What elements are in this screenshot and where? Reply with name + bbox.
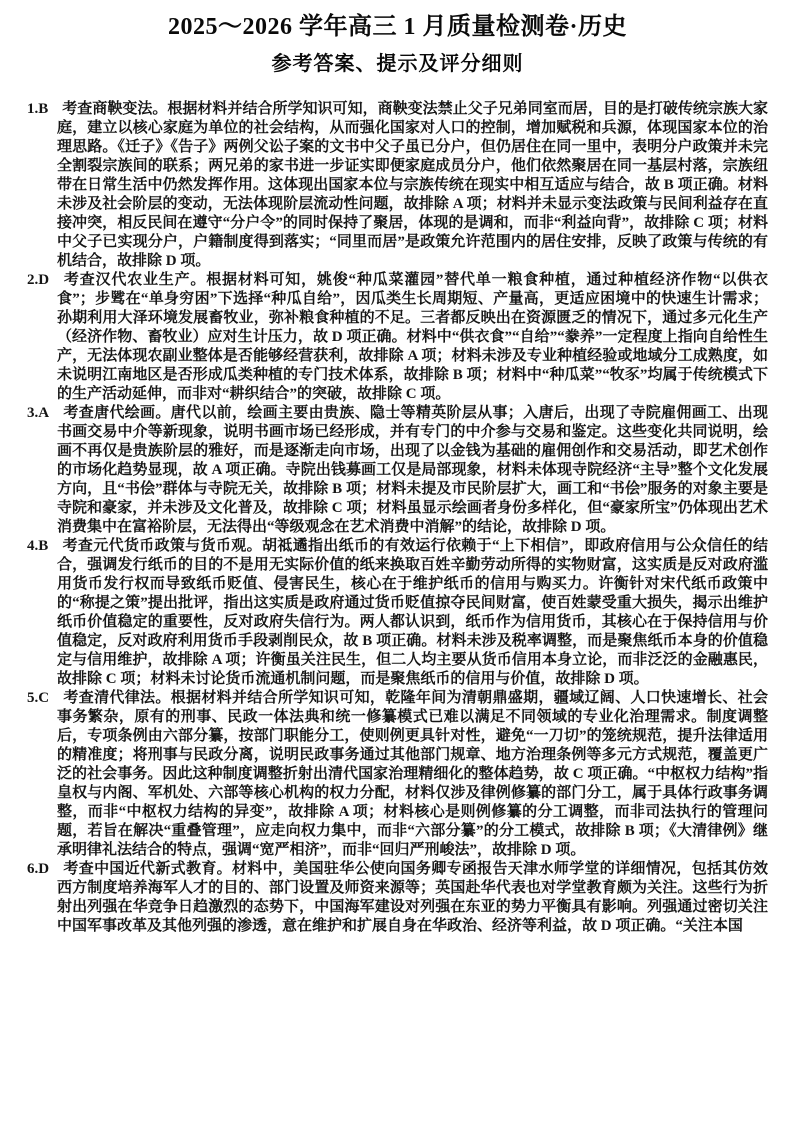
answer-choice: D xyxy=(38,272,49,288)
answer-choice: C xyxy=(38,690,49,706)
answer-explanation: 考查汉代农业生产。根据材料可知，姚俊“种瓜菜灌园”替代单一粮食种植，通过种植经济… xyxy=(57,272,768,402)
answer-choice: D xyxy=(38,861,49,877)
answer-choice: B xyxy=(38,538,48,554)
answer-explanation: 考查清代律法。根据材料并结合所学知识可知，乾隆年间为清朝鼎盛期，疆域辽阔、人口快… xyxy=(57,690,768,858)
answer-explanation: 考查商鞅变法。根据材料并结合所学知识可知，商鞅变法禁止父子兄弟同室而居，目的是打… xyxy=(57,101,768,269)
question-number: 4. xyxy=(27,538,38,554)
document-subtitle: 参考答案、提示及评分细则 xyxy=(27,47,768,76)
answer-item-5: 5.C考查清代律法。根据材料并结合所学知识可知，乾隆年间为清朝鼎盛期，疆域辽阔、… xyxy=(27,689,768,860)
answer-item-1: 1.B考查商鞅变法。根据材料并结合所学知识可知，商鞅变法禁止父子兄弟同室而居，目… xyxy=(27,100,768,271)
answer-explanation: 考查中国近代新式教育。材料中，美国驻华公使向国务卿专函报告天津水师学堂的详细情况… xyxy=(57,861,768,934)
answer-explanation: 考查唐代绘画。唐代以前，绘画主要由贵族、隐士等精英阶层从事；入唐后，出现了寺院雇… xyxy=(57,405,768,535)
answer-explanation: 考查元代货币政策与货币观。胡祗遹指出纸币的有效运行依赖于“上下相信”，即政府信用… xyxy=(57,538,768,687)
question-number: 2. xyxy=(27,272,38,288)
answer-item-6: 6.D考查中国近代新式教育。材料中，美国驻华公使向国务卿专函报告天津水师学堂的详… xyxy=(27,860,768,936)
answer-item-4: 4.B考查元代货币政策与货币观。胡祗遹指出纸币的有效运行依赖于“上下相信”，即政… xyxy=(27,537,768,689)
answer-choice: A xyxy=(38,405,49,421)
document-page: 2025～2026 学年高三 1 月质量检测卷·历史 参考答案、提示及评分细则 … xyxy=(0,0,794,1123)
answer-choice: B xyxy=(38,101,48,117)
question-number: 6. xyxy=(27,861,38,877)
question-number: 5. xyxy=(27,690,38,706)
question-number: 3. xyxy=(27,405,38,421)
answer-item-2: 2.D考查汉代农业生产。根据材料可知，姚俊“种瓜菜灌园”替代单一粮食种植，通过种… xyxy=(27,271,768,404)
answer-item-3: 3.A考查唐代绘画。唐代以前，绘画主要由贵族、隐士等精英阶层从事；入唐后，出现了… xyxy=(27,404,768,537)
question-number: 1. xyxy=(27,101,38,117)
document-title: 2025～2026 学年高三 1 月质量检测卷·历史 xyxy=(27,12,768,43)
answer-list: 1.B考查商鞅变法。根据材料并结合所学知识可知，商鞅变法禁止父子兄弟同室而居，目… xyxy=(27,100,768,936)
